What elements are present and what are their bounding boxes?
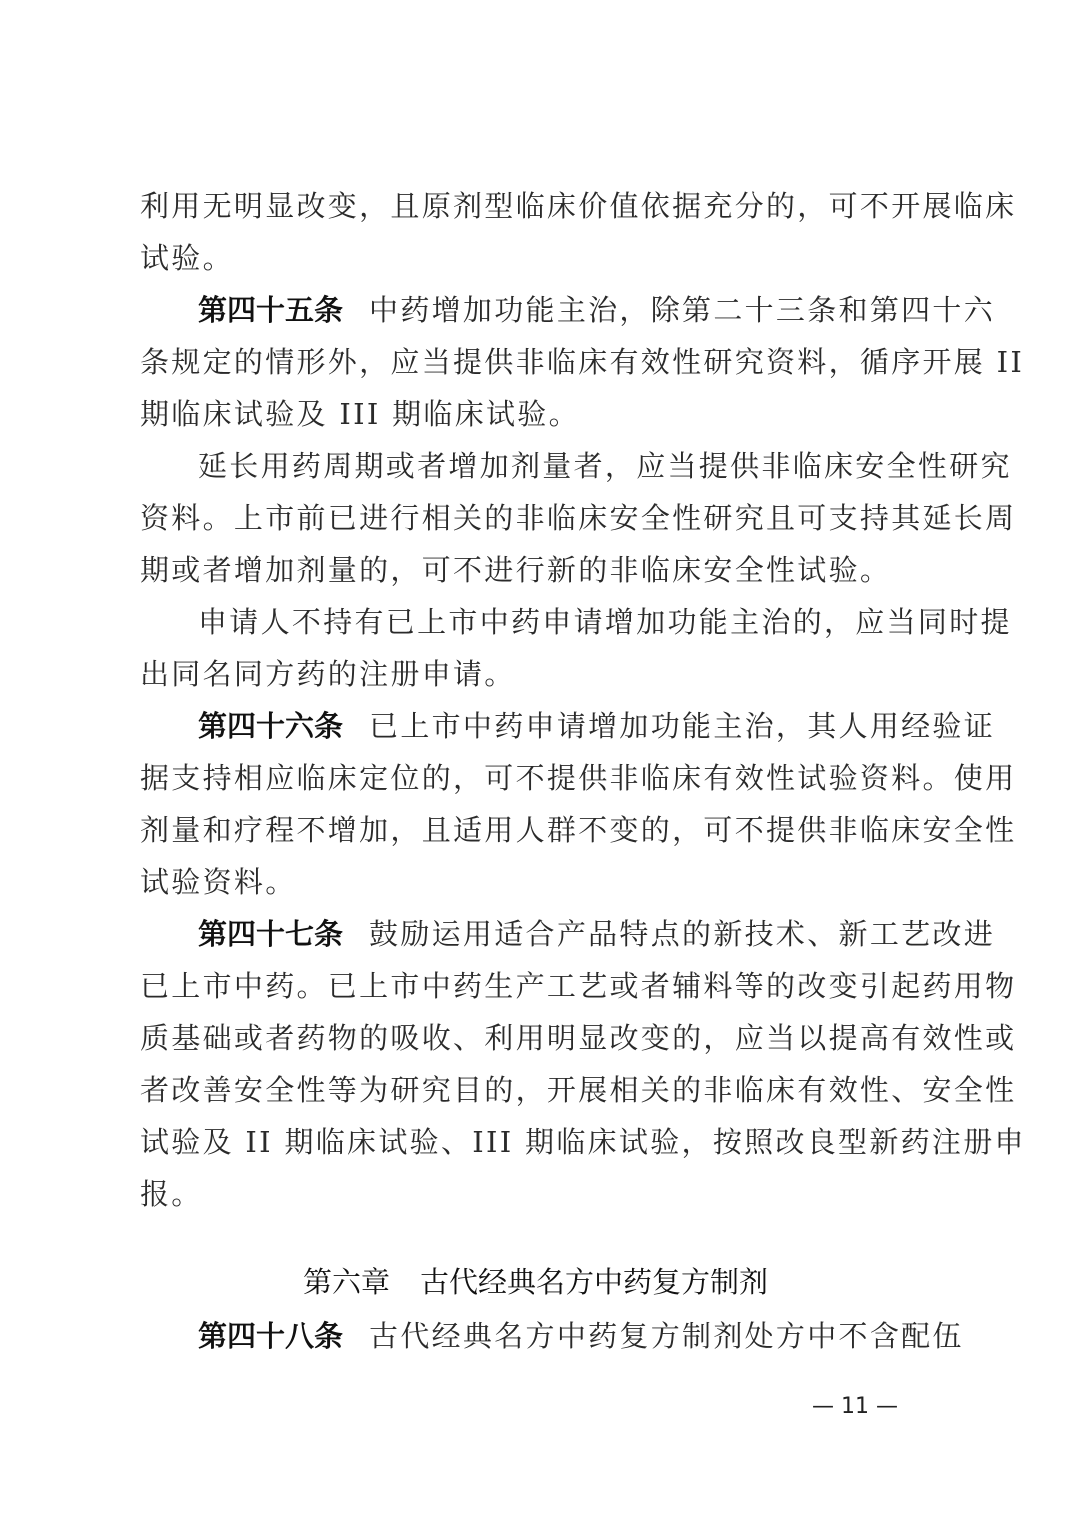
chapter-heading: 第六章古代经典名方中药复方制剂 — [0, 1262, 1071, 1302]
paragraph-line: 者改善安全性等为研究目的，开展相关的非临床有效性、安全性 — [140, 1070, 935, 1110]
paragraph-line: 条规定的情形外，应当提供非临床有效性研究资料，循序开展 II — [140, 342, 935, 382]
article-text: 鼓励运用适合产品特点的新技术、新工艺改进 — [369, 917, 995, 951]
article-text: 古代经典名方中药复方制剂处方中不含配伍 — [369, 1319, 964, 1353]
paragraph-line: 出同名同方药的注册申请。 — [140, 654, 935, 694]
article-number: 第四十八条 — [198, 1319, 343, 1353]
paragraph-line: 质基础或者药物的吸收、利用明显改变的，应当以提高有效性或 — [140, 1018, 935, 1058]
paragraph-line: 据支持相应临床定位的，可不提供非临床有效性试验资料。使用 — [140, 758, 935, 798]
page-number: — 11 — — [812, 1392, 898, 1422]
paragraph-line: 延长用药周期或者增加剂量者，应当提供非临床安全性研究 — [198, 446, 935, 486]
paragraph-line: 期或者增加剂量的，可不进行新的非临床安全性试验。 — [140, 550, 935, 590]
paragraph-line: 报。 — [140, 1174, 935, 1214]
paragraph-line: 申请人不持有已上市中药申请增加功能主治的，应当同时提 — [198, 602, 935, 642]
paragraph-line: 试验及 II 期临床试验、III 期临床试验，按照改良型新药注册申 — [140, 1122, 935, 1162]
paragraph-line: 剂量和疗程不增加，且适用人群不变的，可不提供非临床安全性 — [140, 810, 935, 850]
paragraph-line: 已上市中药。已上市中药生产工艺或者辅料等的改变引起药用物 — [140, 966, 935, 1006]
chapter-title: 古代经典名方中药复方制剂 — [420, 1265, 768, 1299]
article-number: 第四十六条 — [198, 709, 343, 743]
article-number: 第四十七条 — [198, 917, 343, 951]
paragraph-line: 利用无明显改变，且原剂型临床价值依据充分的，可不开展临床 — [140, 186, 935, 226]
article-text: 已上市中药申请增加功能主治，其人用经验证 — [369, 709, 995, 743]
paragraph-line: 试验资料。 — [140, 862, 935, 902]
article-text: 中药增加功能主治，除第二十三条和第四十六 — [369, 293, 995, 327]
paragraph-line: 资料。上市前已进行相关的非临床安全性研究且可支持其延长周 — [140, 498, 935, 538]
document-page: 利用无明显改变，且原剂型临床价值依据充分的，可不开展临床 试验。 第四十五条中药… — [0, 0, 1071, 1515]
article-48-line: 第四十八条古代经典名方中药复方制剂处方中不含配伍 — [198, 1316, 935, 1356]
paragraph-line: 试验。 — [140, 238, 935, 278]
article-number: 第四十五条 — [198, 293, 343, 327]
article-45-line: 第四十五条中药增加功能主治，除第二十三条和第四十六 — [198, 290, 935, 330]
paragraph-line: 期临床试验及 III 期临床试验。 — [140, 394, 935, 434]
chapter-number: 第六章 — [303, 1265, 390, 1299]
article-47-line: 第四十七条鼓励运用适合产品特点的新技术、新工艺改进 — [198, 914, 935, 954]
article-46-line: 第四十六条已上市中药申请增加功能主治，其人用经验证 — [198, 706, 935, 746]
